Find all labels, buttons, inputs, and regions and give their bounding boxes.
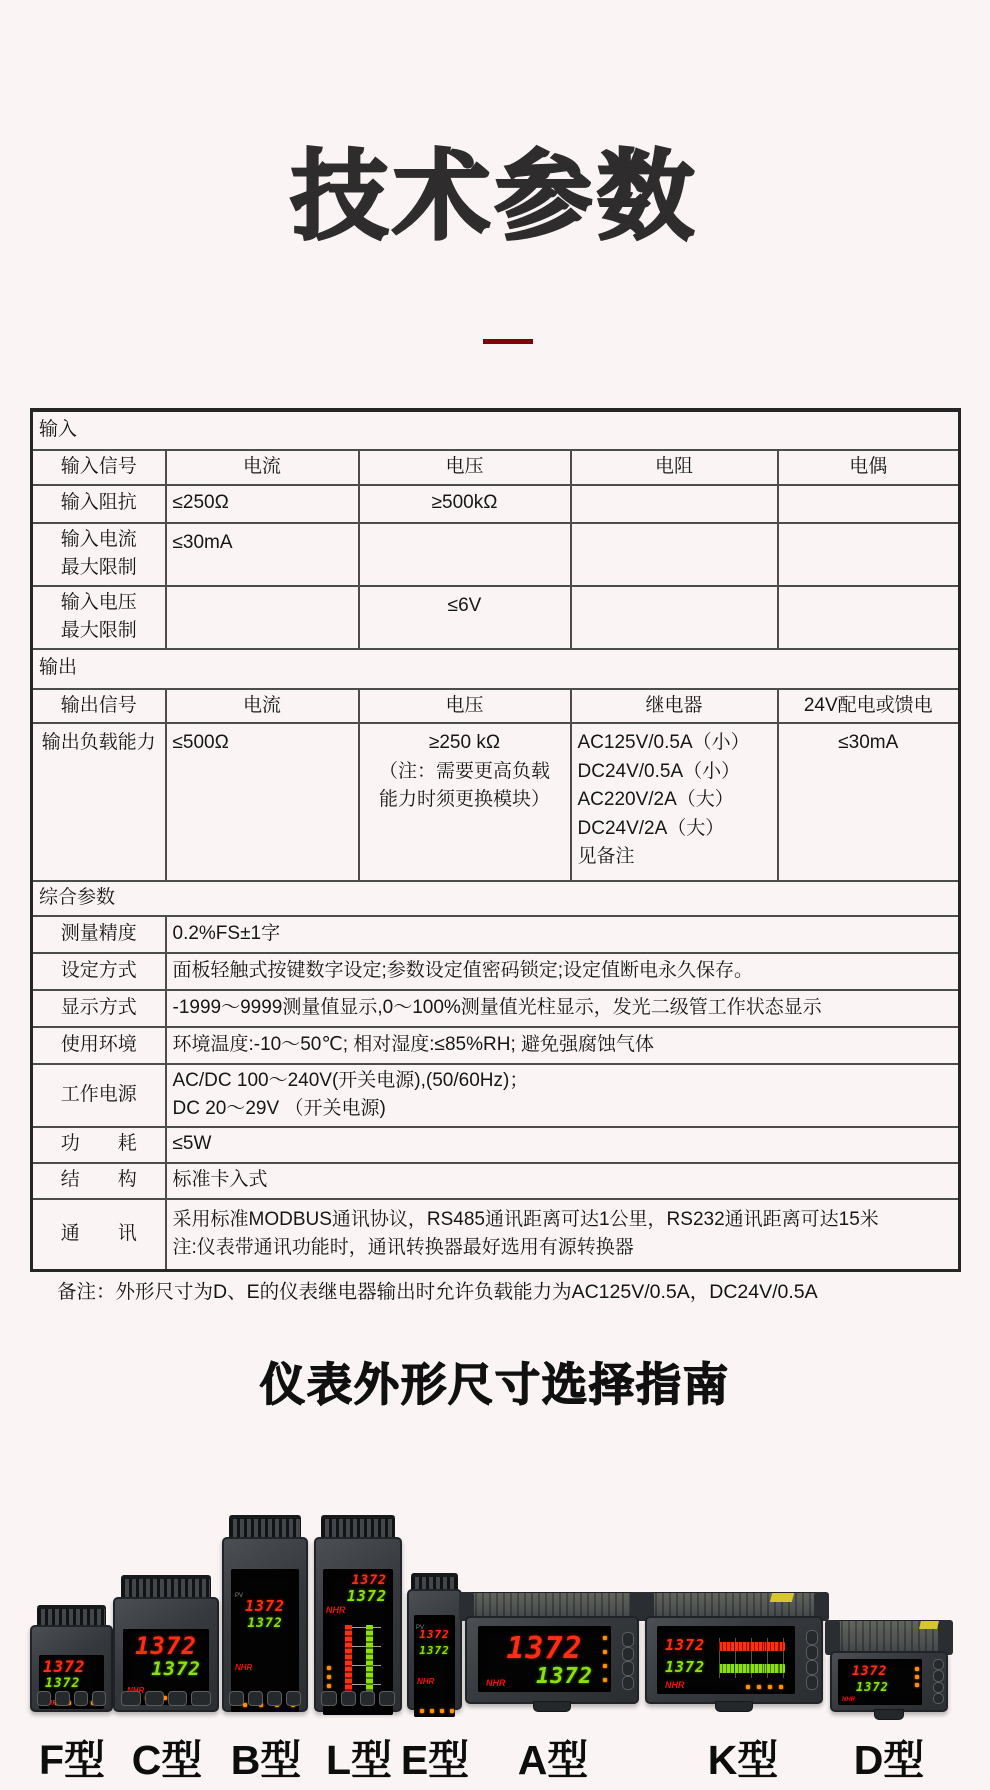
footnote: 备注：外形尺寸为D、E的仪表继电器输出时允许负载能力为AC125V/0.5A，D…: [57, 1276, 818, 1304]
cell: 0.2%FS±1字: [166, 916, 960, 953]
cell: ≤30mA: [166, 523, 359, 586]
cell: [571, 523, 778, 586]
row-label: 功 耗: [32, 1127, 166, 1163]
cell: 环境温度:-10～50℃; 相对湿度:≤85%RH; 避免强腐蚀气体: [166, 1027, 960, 1064]
row-label: 输出信号: [32, 689, 166, 724]
sv-value: 1372: [323, 1589, 393, 1605]
table-row: 综合参数: [32, 881, 960, 916]
meter-face: 1372 1372 NHR: [113, 1597, 219, 1712]
brand-logo: NHR: [235, 1663, 252, 1672]
pv-value: 1372: [478, 1633, 611, 1665]
spec-table: 输入 输入信号 电流 电压 电阻 电偶 输入阻抗 ≤250Ω ≥500kΩ 输入…: [30, 408, 961, 1272]
bargraph-green: [719, 1664, 785, 1673]
cell: 24V配电或馈电: [778, 689, 960, 724]
bargraph-red: [719, 1642, 785, 1651]
button-row: [37, 1691, 107, 1706]
table-row: 工作电源AC/DC 100～240V(开关电源),(50/60Hz)； DC 2…: [32, 1064, 960, 1127]
meter-face: 1372 1372 NHR: [645, 1616, 823, 1704]
section-label: 综合参数: [32, 881, 960, 916]
pv-value: 1372: [665, 1638, 705, 1654]
table-row: 功 耗≤5W: [32, 1127, 960, 1163]
sv-value: 1372: [414, 1645, 455, 1657]
model-label-e: E型: [401, 1727, 469, 1786]
meter-display: 1372 1372 NHR: [838, 1659, 922, 1705]
page-title: 技术参数: [0, 118, 990, 258]
brand-logo: NHR: [486, 1678, 506, 1688]
cell: [778, 586, 960, 649]
mount-tab: [874, 1709, 904, 1720]
alarm-indicator-dots: [603, 1636, 607, 1682]
alarm-indicator-dots: [420, 1709, 454, 1713]
table-row: 使用环境环境温度:-10～50℃; 相对湿度:≤85%RH; 避免强腐蚀气体: [32, 1027, 960, 1064]
row-label: 显示方式: [32, 990, 166, 1027]
side-buttons: [806, 1630, 818, 1690]
meter-c: 1372 1372 NHR: [113, 1575, 219, 1712]
guide-title: 仪表外形尺寸选择指南: [0, 1348, 990, 1413]
row-label: 输出负载能力: [32, 723, 166, 881]
cell: 电流: [166, 689, 359, 724]
sv-value: 1372: [856, 1681, 922, 1694]
meter-face: 1372 1372 NHR: [30, 1625, 113, 1712]
cell: 继电器: [571, 689, 778, 724]
meter-display: PV 1372 1372 NHR: [414, 1615, 455, 1717]
cell: ≤30mA: [778, 723, 960, 881]
sv-value: 1372: [123, 1660, 209, 1680]
row-label: 结 构: [32, 1163, 166, 1199]
table-row: 输入电流 最大限制 ≤30mA: [32, 523, 960, 586]
brand-logo: NHR: [326, 1605, 346, 1615]
cell: AC/DC 100～240V(开关电源),(50/60Hz)； DC 20～29…: [166, 1064, 960, 1127]
title-divider: [483, 339, 533, 344]
meter-k: 1372 1372 NHR: [645, 1592, 823, 1704]
cell: ≥500kΩ: [359, 485, 571, 523]
cell: [359, 523, 571, 586]
meter-face: PV 1372 1372 NHR: [222, 1537, 308, 1712]
alarm-indicator-dots: [746, 1685, 783, 1689]
table-row: 输入信号 电流 电压 电阻 电偶: [32, 450, 960, 485]
table-row: 通 讯采用标准MODBUS通讯协议，RS485通讯距离可达1公里，RS232通讯…: [32, 1199, 960, 1271]
meter-f: 1372 1372 NHR: [30, 1605, 113, 1712]
table-row: 输出信号 电流 电压 继电器 24V配电或馈电: [32, 689, 960, 724]
button-row: [321, 1691, 395, 1706]
section-label: 输出: [32, 649, 960, 689]
yellow-sticker: [770, 1593, 794, 1602]
cell: [571, 485, 778, 523]
cell: ≤250Ω: [166, 485, 359, 523]
cell: [166, 586, 359, 649]
alarm-indicator-dots: [915, 1667, 919, 1687]
pv-value: 1372: [237, 1599, 293, 1615]
meter-face: 1372 1372 NHR: [314, 1537, 402, 1712]
meter-face: 1372 1372 NHR: [830, 1651, 948, 1712]
table-row: 输入阻抗 ≤250Ω ≥500kΩ: [32, 485, 960, 523]
spec-page: 技术参数 输入 输入信号 电流 电压 电阻 电偶 输入阻抗 ≤250Ω ≥500…: [0, 0, 990, 1790]
row-label: 输入电流 最大限制: [32, 523, 166, 586]
side-buttons: [932, 1659, 944, 1704]
brand-logo: NHR: [417, 1677, 434, 1686]
table-row: 输入电压 最大限制 ≤6V: [32, 586, 960, 649]
sv-value: 1372: [45, 1677, 98, 1691]
pv-mark: PV: [235, 1593, 243, 1599]
cell: 面板轻触式按键数字设定;参数设定值密码锁定;设定值断电永久保存。: [166, 953, 960, 990]
cell: 标准卡入式: [166, 1163, 960, 1199]
model-label-a: A型: [518, 1727, 589, 1786]
cell: 电阻: [571, 450, 778, 485]
sv-value: 1372: [665, 1660, 705, 1676]
cell: AC125V/0.5A（小） DC24V/0.5A（小） AC220V/2A（大…: [571, 723, 778, 881]
table-row: 显示方式-1999～9999测量值显示,0～100%测量值光柱显示，发光二级管工…: [32, 990, 960, 1027]
section-label: 输入: [32, 410, 960, 450]
cell: 电压: [359, 689, 571, 724]
row-label: 输入电压 最大限制: [32, 586, 166, 649]
brand-logo: NHR: [842, 1697, 855, 1703]
meter-e: PV 1372 1372 NHR: [407, 1573, 462, 1710]
brand-logo: NHR: [665, 1680, 685, 1690]
pv-value: 1372: [43, 1659, 100, 1676]
model-label-b: B型: [231, 1727, 302, 1786]
cell: ≤500Ω: [166, 723, 359, 881]
side-buttons: [622, 1632, 634, 1690]
mount-tab: [533, 1701, 571, 1712]
table-row: 输出: [32, 649, 960, 689]
table-row: 结 构标准卡入式: [32, 1163, 960, 1199]
meter-display: 1372 1372 NHR: [657, 1626, 795, 1694]
row-label: 设定方式: [32, 953, 166, 990]
cell: 电偶: [778, 450, 960, 485]
meter-b: PV 1372 1372 NHR: [222, 1515, 308, 1712]
cell: 电压: [359, 450, 571, 485]
mount-tab: [715, 1701, 753, 1712]
model-label-d: D型: [854, 1727, 925, 1786]
meter-display: 1372 1372 NHR: [478, 1626, 611, 1692]
row-label: 工作电源: [32, 1064, 166, 1127]
cell: [778, 485, 960, 523]
pv-value: 1372: [323, 1574, 393, 1588]
meter-l: 1372 1372 NHR: [314, 1515, 402, 1712]
row-label: 输入信号: [32, 450, 166, 485]
pv-mark: PV: [416, 1625, 424, 1631]
button-row: [121, 1691, 211, 1706]
cell: [778, 523, 960, 586]
model-label-l: L型: [326, 1727, 392, 1786]
table-row: 测量精度0.2%FS±1字: [32, 916, 960, 953]
table-row: 输出负载能力 ≤500Ω ≥250 kΩ （注：需要更高负载 能力时须更换模块）…: [32, 723, 960, 881]
cell: -1999～9999测量值显示,0～100%测量值光柱显示，发光二级管工作状态显…: [166, 990, 960, 1027]
table-row: 设定方式面板轻触式按键数字设定;参数设定值密码锁定;设定值断电永久保存。: [32, 953, 960, 990]
model-label-f: F型: [39, 1727, 105, 1786]
sv-value: 1372: [231, 1617, 299, 1631]
model-label-k: K型: [708, 1727, 779, 1786]
cell: ≥250 kΩ （注：需要更高负载 能力时须更换模块）: [359, 723, 571, 881]
row-label: 通 讯: [32, 1199, 166, 1271]
cell: ≤6V: [359, 586, 571, 649]
cell: 电流: [166, 450, 359, 485]
cell: [571, 586, 778, 649]
model-label-c: C型: [132, 1727, 203, 1786]
cell: 采用标准MODBUS通讯协议，RS485通讯距离可达1公里，RS232通讯距离可…: [166, 1199, 960, 1271]
yellow-sticker: [919, 1621, 939, 1629]
row-label: 测量精度: [32, 916, 166, 953]
meter-d: 1372 1372 NHR: [830, 1620, 948, 1712]
row-label: 使用环境: [32, 1027, 166, 1064]
meter-face: 1372 1372 NHR: [465, 1616, 639, 1704]
pv-value: 1372: [852, 1665, 922, 1679]
pv-value: 1372: [129, 1634, 203, 1659]
meter-face: PV 1372 1372 NHR: [407, 1589, 462, 1710]
cell: ≤5W: [166, 1127, 960, 1163]
table-row: 输入: [32, 410, 960, 450]
button-row: [229, 1691, 301, 1706]
meter-a: 1372 1372 NHR: [465, 1592, 639, 1704]
row-label: 输入阻抗: [32, 485, 166, 523]
